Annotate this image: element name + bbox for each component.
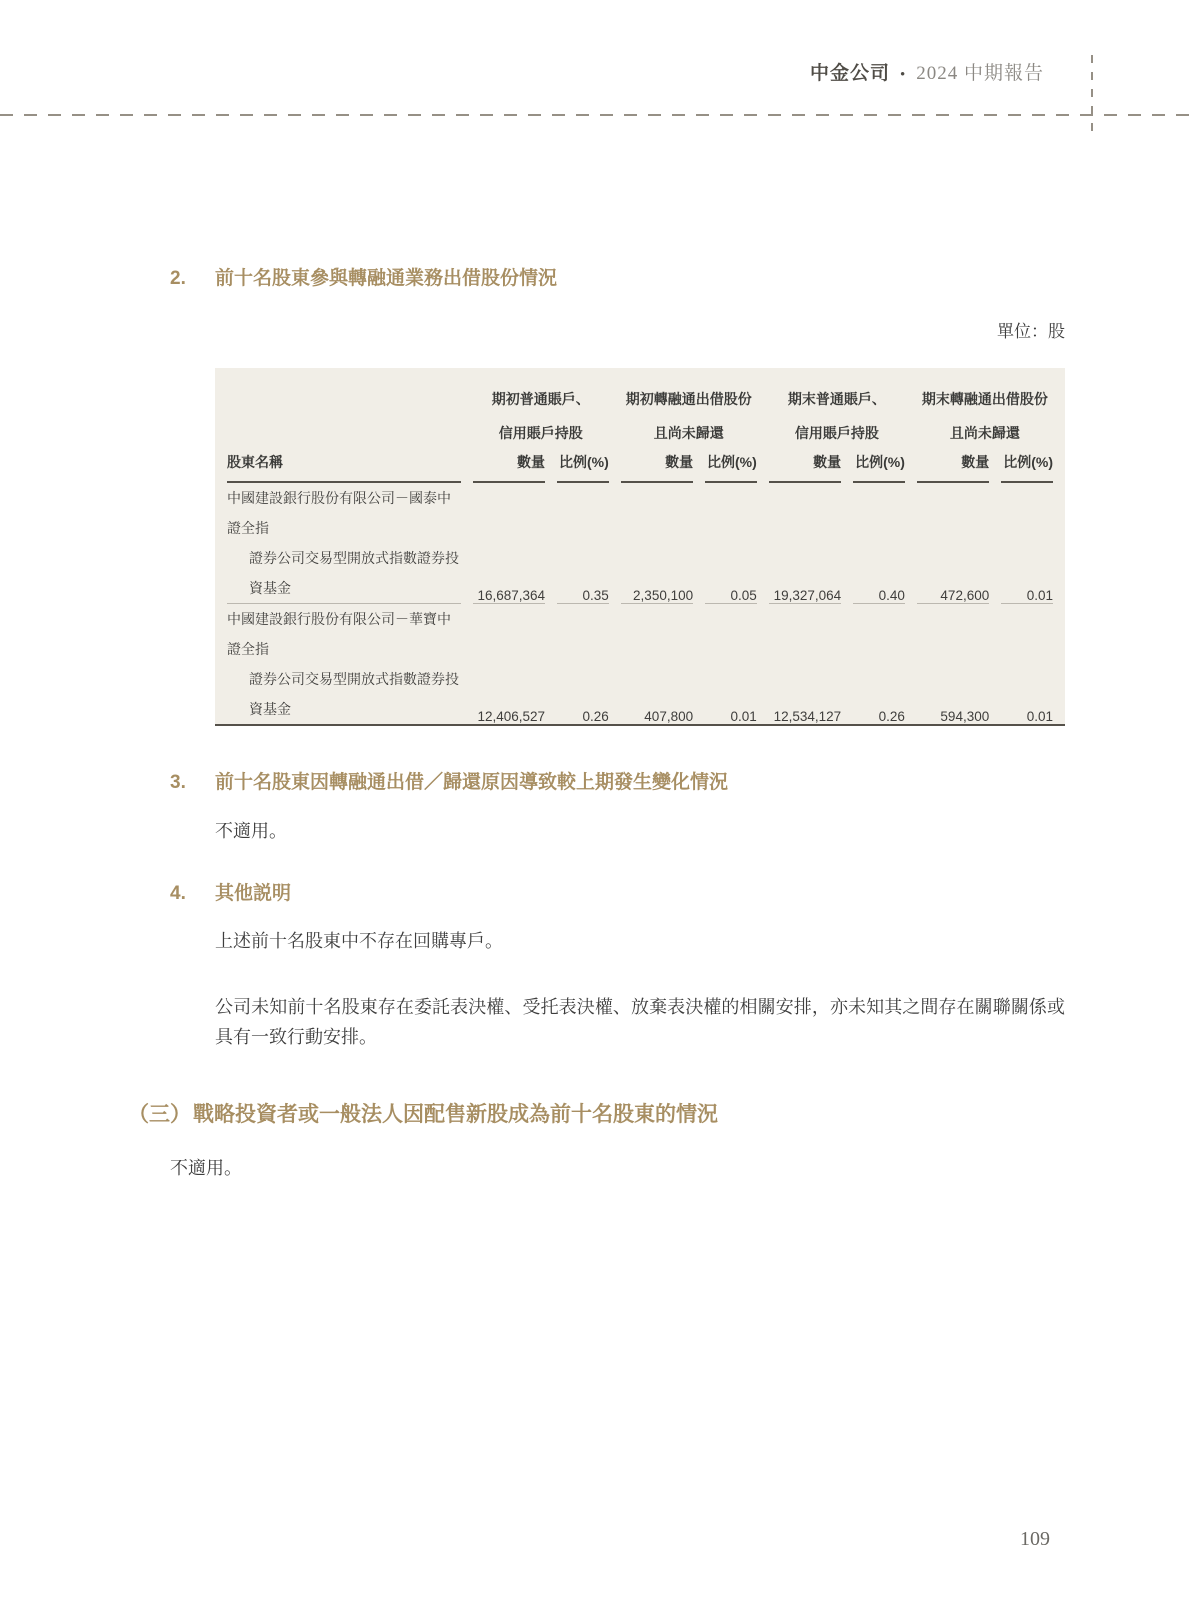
column-header-qty-2: 數量 [621,450,693,483]
shareholder-table-grid: 期初普通賬戶、 信用賬戶持股 期初轉融通出借股份 且尚未歸還 期末普通賬戶、 信… [215,368,1065,724]
shareholder-name-line2: 證券公司交易型開放式指數證券投資基金 [227,543,461,603]
section-san-heading: （三） 戰略投資者或一般法人因配售新股成為前十名股東的情況 [128,1102,1190,1128]
value-cell: 2,350,100 [621,483,693,604]
value-cell: 19,327,064 [769,483,841,604]
section-2-number: 2. [170,268,215,291]
value-cell: 0.05 [705,483,757,604]
shareholder-name-line1: 中國建設銀行股份有限公司－國泰中證全指 [227,483,461,543]
report-title: 2024 中期報告 [916,63,1044,84]
column-header-qty-3: 數量 [769,450,841,483]
group-2-line1: 期初轉融通出借股份 [621,382,757,416]
group-header-empty [227,368,461,450]
page-content: 2. 前十名股東參與轉融通業務出借股份情況 單位：股 期初普通賬戶 [0,268,1190,1180]
group-2-line2: 且尚未歸還 [621,416,757,450]
column-header-qty-4: 數量 [917,450,989,483]
value-cell: 0.01 [1001,483,1053,604]
group-header-3: 期末普通賬戶、 信用賬戶持股 [769,368,905,450]
section-4-title: 其他説明 [215,883,291,906]
horizontal-dashed-divider [0,114,1190,116]
section-2-heading: 2. 前十名股東參與轉融通業務出借股份情況 [170,268,1190,291]
value-cell: 0.26 [853,604,905,724]
section-2-title: 前十名股東參與轉融通業務出借股份情況 [215,268,557,291]
section-3-body: 不適用。 [215,817,1190,843]
section-4-paragraph-1: 上述前十名股東中不存在回購專戶。 [215,927,1190,953]
company-name: 中金公司 [810,63,890,84]
column-header-pct-3: 比例(%) [853,450,905,483]
shareholder-table: 期初普通賬戶、 信用賬戶持股 期初轉融通出借股份 且尚未歸還 期末普通賬戶、 信… [215,368,1065,726]
group-3-line2: 信用賬戶持股 [769,416,905,450]
group-header-4: 期末轉融通出借股份 且尚未歸還 [917,368,1053,450]
section-3-title: 前十名股東因轉融通出借／歸還原因導致較上期發生變化情況 [215,772,728,795]
value-cell: 0.01 [705,604,757,724]
value-cell: 0.01 [1001,604,1053,724]
value-cell: 407,800 [621,604,693,724]
column-header-pct-2: 比例(%) [705,450,757,483]
section-san-title: 戰略投資者或一般法人因配售新股成為前十名股東的情況 [193,1102,718,1128]
value-cell: 0.26 [557,604,609,724]
section-3-heading: 3. 前十名股東因轉融通出借／歸還原因導致較上期發生變化情況 [170,772,1190,795]
group-3-line1: 期末普通賬戶、 [769,382,905,416]
table-group-header-row: 期初普通賬戶、 信用賬戶持股 期初轉融通出借股份 且尚未歸還 期末普通賬戶、 信… [227,368,1053,450]
table-row: 中國建設銀行股份有限公司－華寶中證全指 證券公司交易型開放式指數證券投資基金 1… [227,604,1053,724]
table-subheader-row: 股東名稱 數量 比例(%) 數量 比例(%) 數量 比例(%) 數量 比例(%) [227,450,1053,483]
section-4-heading: 4. 其他説明 [170,883,1190,906]
value-cell: 16,687,364 [473,483,545,604]
section-san-body: 不適用。 [170,1154,1190,1180]
shareholder-name-cell: 中國建設銀行股份有限公司－國泰中證全指 證券公司交易型開放式指數證券投資基金 [227,483,461,604]
running-header: 中金公司•2024 中期報告 [810,58,1044,85]
group-1-line1: 期初普通賬戶、 [473,382,609,416]
table-row: 中國建設銀行股份有限公司－國泰中證全指 證券公司交易型開放式指數證券投資基金 1… [227,483,1053,604]
column-header-pct-1: 比例(%) [557,450,609,483]
section-4-number: 4. [170,883,215,906]
group-4-line1: 期末轉融通出借股份 [917,382,1053,416]
shareholder-name-line2: 證券公司交易型開放式指數證券投資基金 [227,664,461,724]
group-4-line2: 且尚未歸還 [917,416,1053,450]
value-cell: 12,406,527 [473,604,545,724]
document-page: 中金公司•2024 中期報告 2. 前十名股東參與轉融通業務出借股份情況 單位：… [0,0,1190,1615]
value-cell: 472,600 [917,483,989,604]
section-3-number: 3. [170,772,215,795]
column-header-qty-1: 數量 [473,450,545,483]
column-header-shareholder-name: 股東名稱 [227,450,461,483]
column-header-pct-4: 比例(%) [1001,450,1053,483]
value-cell: 594,300 [917,604,989,724]
group-header-2: 期初轉融通出借股份 且尚未歸還 [621,368,757,450]
page-number: 109 [1020,1528,1050,1551]
unit-note: 單位：股 [0,317,1065,342]
group-header-1: 期初普通賬戶、 信用賬戶持股 [473,368,609,450]
value-cell: 12,534,127 [769,604,841,724]
vertical-dashed-divider [1091,55,1093,137]
section-san-number: （三） [128,1102,191,1128]
section-4-paragraph-2: 公司未知前十名股東存在委託表決權、受托表決權、放棄表決權的相關安排，亦未知其之間… [215,993,1065,1051]
bullet-separator-icon: • [900,67,906,83]
shareholder-name-line1: 中國建設銀行股份有限公司－華寶中證全指 [227,604,461,664]
shareholder-name-cell: 中國建設銀行股份有限公司－華寶中證全指 證券公司交易型開放式指數證券投資基金 [227,604,461,724]
value-cell: 0.35 [557,483,609,604]
value-cell: 0.40 [853,483,905,604]
group-1-line2: 信用賬戶持股 [473,416,609,450]
